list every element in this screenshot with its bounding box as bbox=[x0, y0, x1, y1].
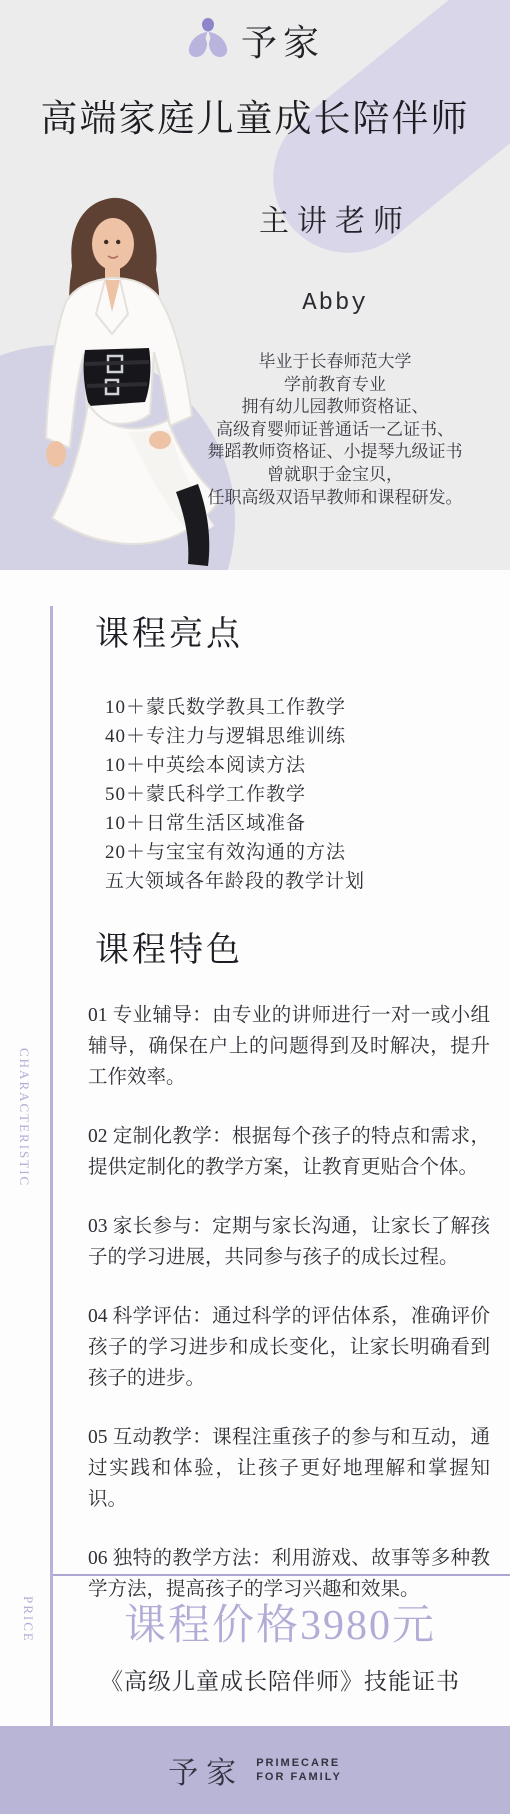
feature-item: 02 定制化教学：根据每个孩子的特点和需求，提供定制化的教学方案，让教育更贴合个… bbox=[88, 1121, 490, 1183]
highlight-item: 20＋与宝宝有效沟通的方法 bbox=[105, 838, 365, 867]
feature-item: 04 科学评估：通过科学的评估体系，准确评价孩子的学习进步和成长变化，让家长明确… bbox=[88, 1301, 490, 1394]
lecturer-label: 主讲老师 bbox=[160, 196, 510, 240]
highlights-heading: 课程亮点 bbox=[95, 606, 243, 655]
bio-line: 学前教育专业 bbox=[160, 374, 510, 397]
certificate-text: 《高级儿童成长陪伴师》技能证书 bbox=[50, 1663, 510, 1696]
teacher-intro: 主讲老师 Abby 毕业于长春师范大学 学前教育专业 拥有幼儿园教师资格证、 高… bbox=[160, 0, 510, 570]
teacher-name: Abby bbox=[160, 290, 510, 317]
footer-tagline-line: PRIMECARE bbox=[256, 1756, 342, 1770]
feature-item: 01 专业辅导：由专业的讲师进行一对一或小组辅导，确保在户上的问题得到及时解决，… bbox=[88, 1000, 490, 1093]
highlight-item: 五大领域各年龄段的教学计划 bbox=[105, 867, 365, 896]
bio-line: 毕业于长春师范大学 bbox=[160, 351, 510, 374]
feature-item: 05 互动教学：课程注重孩子的参与和互动，通过实践和体验，让孩子更好地理解和掌握… bbox=[88, 1422, 490, 1515]
bio-line: 曾就职于金宝贝， bbox=[160, 464, 510, 487]
bio-line: 任职高级双语早教师和课程研发。 bbox=[160, 487, 510, 510]
feature-item: 03 家长参与：定期与家长沟通，让家长了解孩子的学习进展，共同参与孩子的成长过程… bbox=[88, 1211, 490, 1273]
price-divider-line bbox=[53, 1574, 510, 1576]
characteristic-side-label: CHARACTERISTIC bbox=[16, 1048, 32, 1198]
course-price: 课程价格3980元 bbox=[50, 1592, 510, 1652]
bio-line: 拥有幼儿园教师资格证、 bbox=[160, 396, 510, 419]
highlight-item: 10＋日常生活区域准备 bbox=[105, 809, 365, 838]
footer-tagline-line: FOR FAMILY bbox=[256, 1770, 342, 1784]
highlight-item: 10＋蒙氏数学教具工作教学 bbox=[105, 693, 365, 722]
highlight-item: 50＋蒙氏科学工作教学 bbox=[105, 780, 365, 809]
footer-tagline: PRIMECARE FOR FAMILY bbox=[256, 1756, 342, 1784]
bio-line: 舞蹈教师资格证、小提琴九级证书 bbox=[160, 441, 510, 464]
poster-page: 予家 高端家庭儿童成长陪伴师 bbox=[0, 0, 510, 1814]
features-heading: 课程特色 bbox=[95, 922, 243, 971]
features-list: 01 专业辅导：由专业的讲师进行一对一或小组辅导，确保在户上的问题得到及时解决，… bbox=[88, 1000, 490, 1633]
price-side-label: PRICE bbox=[20, 1596, 36, 1666]
highlights-list: 10＋蒙氏数学教具工作教学 40＋专注力与逻辑思维训练 10＋中英绘本阅读方法 … bbox=[105, 693, 365, 896]
hero-section: 予家 高端家庭儿童成长陪伴师 bbox=[0, 0, 510, 570]
highlight-item: 10＋中英绘本阅读方法 bbox=[105, 751, 365, 780]
teacher-bio: 毕业于长春师范大学 学前教育专业 拥有幼儿园教师资格证、 高级育婴师证普通话一乙… bbox=[160, 351, 510, 509]
bio-line: 高级育婴师证普通话一乙证书、 bbox=[160, 419, 510, 442]
footer-logo-text: 予家 bbox=[168, 1748, 244, 1792]
footer-band: 予家 PRIMECARE FOR FAMILY bbox=[0, 1726, 510, 1814]
vertical-accent-line bbox=[50, 606, 53, 1726]
highlight-item: 40＋专注力与逻辑思维训练 bbox=[105, 722, 365, 751]
